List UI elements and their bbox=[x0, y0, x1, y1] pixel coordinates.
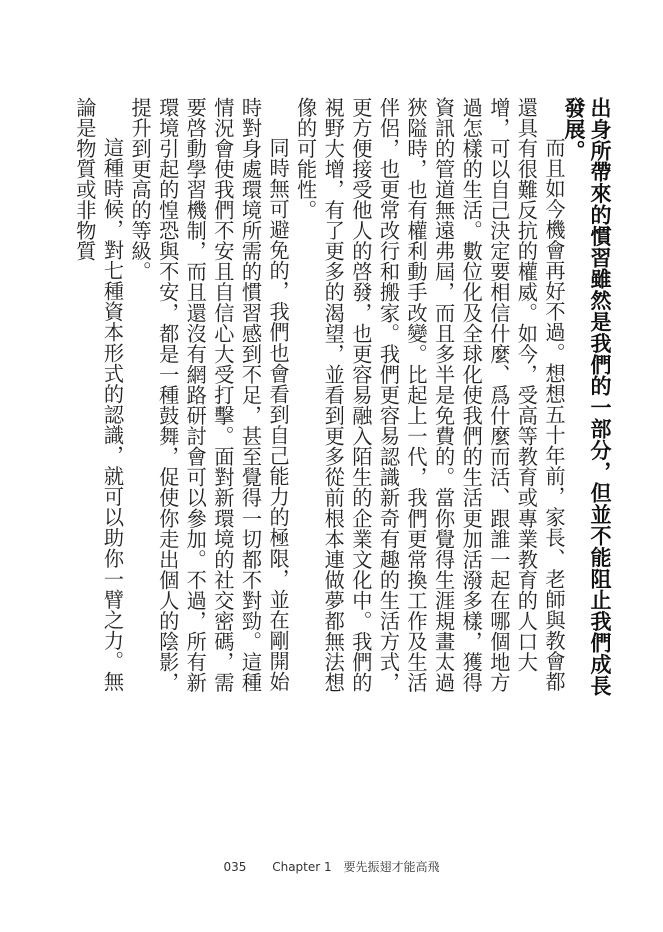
paragraph: 同時無可避免的，我們也會看到自己能力的極限，並在剛開始時對身處環境所需的慣習感到… bbox=[126, 97, 292, 693]
book-page: 出身所帶來的慣習雖然是我們的一部分，但並不能阻止我們成長發展。 而且如今機會再好… bbox=[0, 0, 663, 932]
paragraph: 這種時候，對七種資本形式的認識，就可以助你一臂之力。無論是物質或非物質 bbox=[70, 97, 125, 693]
section-heading: 出身所帶來的慣習雖然是我們的一部分，但並不能阻止我們成長發展。 bbox=[561, 97, 613, 717]
body-text: 而且如今機會再好不過。想想五十年前，家長、老師與教會都還具有很難反抗的權威。如今… bbox=[70, 97, 567, 693]
page-footer: 035 Chapter 1 要先振翅才能高飛 bbox=[0, 858, 663, 875]
page-number: 035 bbox=[223, 860, 246, 874]
chapter-label: Chapter 1 bbox=[272, 860, 331, 874]
paragraph: 而且如今機會再好不過。想想五十年前，家長、老師與教會都還具有很難反抗的權威。如今… bbox=[291, 97, 567, 693]
chapter-title: 要先振翅才能高飛 bbox=[343, 860, 439, 874]
